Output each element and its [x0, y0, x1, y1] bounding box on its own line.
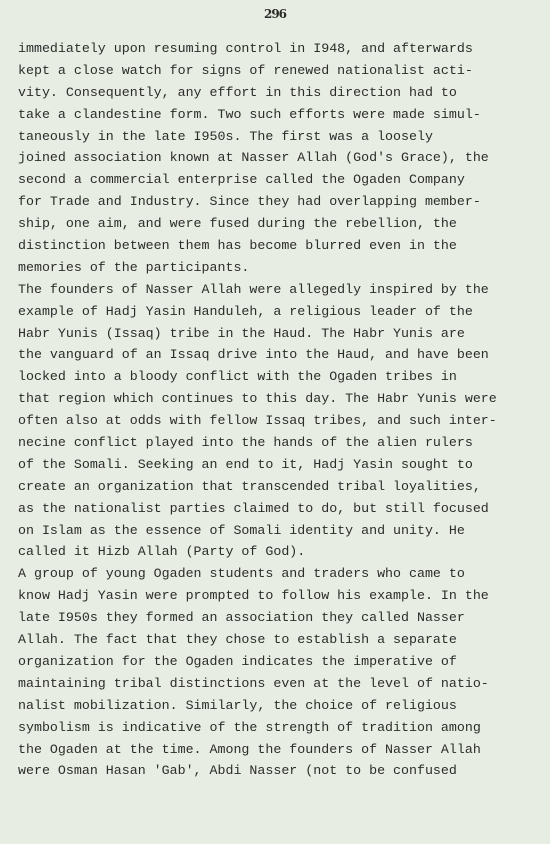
text-line: vity. Consequently, any effort in this d…	[18, 82, 538, 104]
page-number: 296	[0, 7, 550, 21]
text-line: know Hadj Yasin were prompted to follow …	[18, 585, 538, 607]
text-line: organization for the Ogaden indicates th…	[18, 651, 538, 673]
text-line: as the nationalist parties claimed to do…	[18, 498, 538, 520]
body-text: immediately upon resuming control in I94…	[18, 38, 538, 782]
text-line: Habr Yunis (Issaq) tribe in the Haud. Th…	[18, 323, 538, 345]
text-line: the Ogaden at the time. Among the founde…	[18, 739, 538, 761]
text-line: nalist mobilization. Similarly, the choi…	[18, 695, 538, 717]
text-line: kept a close watch for signs of renewed …	[18, 60, 538, 82]
text-line: often also at odds with fellow Issaq tri…	[18, 410, 538, 432]
text-line: necine conflict played into the hands of…	[18, 432, 538, 454]
text-line: example of Hadj Yasin Handuleh, a religi…	[18, 301, 538, 323]
text-line: late I950s they formed an association th…	[18, 607, 538, 629]
text-line: ship, one aim, and were fused during the…	[18, 213, 538, 235]
text-line: take a clandestine form. Two such effort…	[18, 104, 538, 126]
text-line: memories of the participants.	[18, 257, 538, 279]
text-line: were Osman Hasan 'Gab', Abdi Nasser (not…	[18, 760, 538, 782]
document-page: 296 immediately upon resuming control in…	[0, 0, 550, 844]
text-line: immediately upon resuming control in I94…	[18, 38, 538, 60]
text-line: of the Somali. Seeking an end to it, Had…	[18, 454, 538, 476]
text-line: second a commercial enterprise called th…	[18, 169, 538, 191]
text-line: create an organization that transcended …	[18, 476, 538, 498]
text-line: for Trade and Industry. Since they had o…	[18, 191, 538, 213]
text-line: A group of young Ogaden students and tra…	[18, 563, 538, 585]
text-line: The founders of Nasser Allah were allege…	[18, 279, 538, 301]
text-line: locked into a bloody conflict with the O…	[18, 366, 538, 388]
text-line: taneously in the late I950s. The first w…	[18, 126, 538, 148]
text-line: Allah. The fact that they chose to estab…	[18, 629, 538, 651]
text-line: that region which continues to this day.…	[18, 388, 538, 410]
text-line: joined association known at Nasser Allah…	[18, 147, 538, 169]
text-line: called it Hizb Allah (Party of God).	[18, 541, 538, 563]
text-line: maintaining tribal distinctions even at …	[18, 673, 538, 695]
text-line: distinction between them has become blur…	[18, 235, 538, 257]
text-line: on Islam as the essence of Somali identi…	[18, 520, 538, 542]
text-line: the vanguard of an Issaq drive into the …	[18, 344, 538, 366]
text-line: symbolism is indicative of the strength …	[18, 717, 538, 739]
